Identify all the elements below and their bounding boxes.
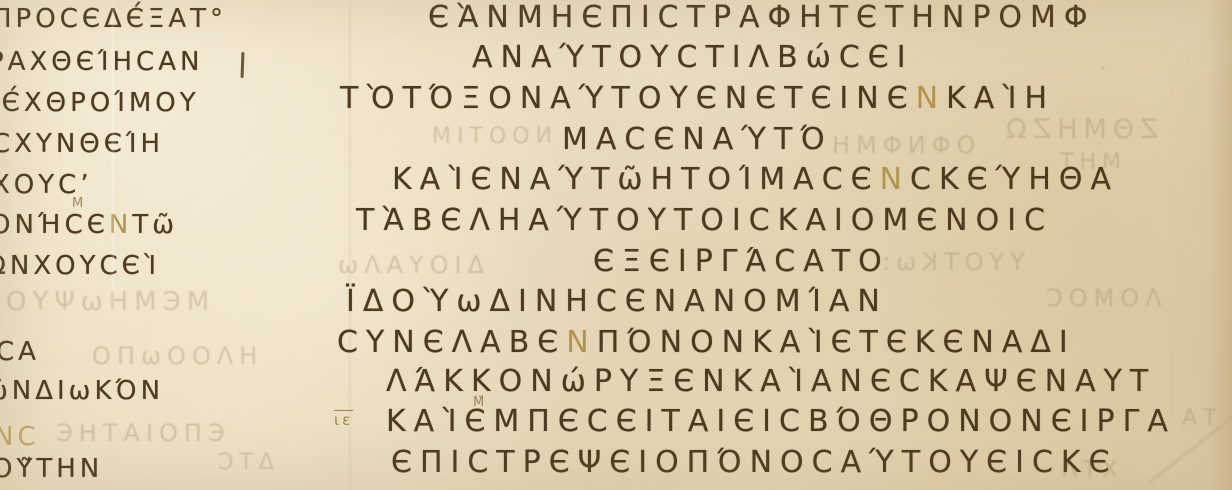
left-column-line: ΠΡΟϹЄΔЄ́ΞΑΤ° xyxy=(0,6,227,32)
text-segment: ΝϹ xyxy=(0,422,40,452)
right-column-line: ΚΑῚЄΜΠЄϹЄΙΤΑΙЄΙϹΒΌΘΡΟΝΟΝЄΙΡΓΑ xyxy=(386,407,1176,437)
right-column-line: ЄΠΙϹΤΡЄΨЄΙΟΠΌΝΟϹΑΎΤΟΥЄΙϹΚЄ xyxy=(391,448,1118,478)
bleed-through-text: ΖΘΜΗΖΩ xyxy=(1000,116,1158,143)
text-segment: Ν xyxy=(566,325,596,360)
text-segment: Τῶ xyxy=(132,210,178,240)
text-segment: ΚΑῚЄΜΠЄϹЄΙΤΑΙЄΙϹΒΌΘΡΟΝΟΝЄΙΡΓΑ xyxy=(386,404,1176,439)
text-segment: ΑΝΑΎΤΟΥϹΤΙΛΒώϹЄΙ xyxy=(472,40,914,75)
left-column-line: ῶΝΔΙωΚΌΝ xyxy=(0,378,164,404)
text-segment: ЄΞЄΙΡΓΆϹΑΤΟ xyxy=(593,244,890,279)
text-segment: ΩΝΧΟΥϹЄῚ xyxy=(0,251,160,281)
text-segment: ΚΑῚЄΝΑΎΤῶΗΤΟΊΜΑϹЄ xyxy=(392,162,880,197)
left-column-line: ΟΝΉϹЄΝΤῶ xyxy=(0,212,178,238)
right-column-line: ΑΝΑΎΤΟΥϹΤΙΛΒώϹЄΙ xyxy=(472,43,914,73)
left-column-line: ΙЄ́ΧΘΡΟΊΜΟΥ xyxy=(0,90,200,116)
text-segment: ϹΚЄΎΗΘΑ xyxy=(910,162,1119,197)
bleed-through-text: ΤΑ xyxy=(1176,408,1217,430)
bleed-through-text: ΟΦΝΦΜΗ xyxy=(826,133,975,157)
right-column-line: ΜΑϹЄΝΑΎΤΌ xyxy=(562,125,833,155)
text-segment: ΪΔΟῪωΔΙΝΗϹЄΝΑΝΟΜΊΑΝ xyxy=(346,284,888,319)
text-segment: ΟΝΉϹЄ xyxy=(0,210,109,240)
right-column-line: ΛΆΚΚΟΝώΡΥΞЄΝΚΑῚΑΝЄϹΚΑΨЄΝΑΥΤ xyxy=(386,367,1156,397)
text-segment: ΤᾺΒЄΛΗΑΎΤΟΥΤΟΙϹΚΑΙΟΜЄΝΟΙϹ xyxy=(356,203,1053,238)
text-segment: Ν xyxy=(109,210,132,240)
text-segment: ΠΌΝΟΝΚΑῚЄΤЄΚЄΝΑΔΙ xyxy=(597,325,1076,360)
text-segment: ϹΑ xyxy=(0,337,40,367)
text-segment: ΜΑϹЄΝΑΎΤΌ xyxy=(562,122,833,157)
interlinear-correction: Μ xyxy=(72,197,84,210)
bleed-through-text: ΛΟΜΟϹ xyxy=(1040,286,1162,310)
left-column-line: ϹΧΥΝΘЄΊΗ xyxy=(0,131,164,157)
text-segment: ΤῸΤΌΞΟΝΑΎΤΟΥЄΝЄΤЄΙΝЄ xyxy=(340,81,916,116)
text-segment: ΙЄ́ΧΘΡΟΊΜΟΥ xyxy=(0,88,200,118)
parchment-edge-shading xyxy=(1208,0,1232,490)
left-column-line: ϹΑ xyxy=(0,339,40,365)
bleed-through-text: ΥΥΟΤΚω: xyxy=(876,250,1025,274)
text-segment: ЄᾺΝΜΗЄΠΙϹΤΡΑΦΗΤЄΤΗΝΡΟΜΦ xyxy=(428,0,1096,35)
left-column-line: ΧΟΥϹ’ xyxy=(0,172,93,198)
left-column-line: ΩΝΧΟΥϹЄῚ xyxy=(0,253,160,279)
bleed-through-text: ΔΤϹ xyxy=(212,452,274,474)
text-segment: ϹΥΝЄΛΑΒЄ xyxy=(337,325,566,360)
left-column-line: ΡΑΧΘЄΊΗϹΑΝ xyxy=(0,49,203,75)
text-segment: ЄΠΙϹΤΡЄΨЄΙΟΠΌΝΟϹΑΎΤΟΥЄΙϹΚЄ xyxy=(391,445,1118,480)
left-column-line: ΝϹ xyxy=(0,424,40,450)
right-column-line: ΤᾺΒЄΛΗΑΎΤΟΥΤΟΙϹΚΑΙΟΜЄΝΟΙϹ xyxy=(356,206,1053,236)
bleed-through-text: ЄΠΟΙΑΤΗЄ xyxy=(50,421,225,445)
text-segment: ΛΆΚΚΟΝώΡΥΞЄΝΚΑῚΑΝЄϹΚΑΨЄΝΑΥΤ xyxy=(386,364,1156,399)
text-segment: ΟΥ̃ΤΗΝ xyxy=(0,454,103,484)
text-segment: ῶΝΔΙωΚΌΝ xyxy=(0,376,164,406)
right-column-line: ЄΞЄΙΡΓΆϹΑΤΟ xyxy=(593,247,890,277)
ink-stroke xyxy=(241,52,245,78)
text-segment: ΠΡΟϹЄΔЄ́ΞΑΤ° xyxy=(0,4,227,34)
text-segment: ϹΧΥΝΘЄΊΗ xyxy=(0,129,164,159)
bleed-through-text: · xyxy=(1094,58,1106,78)
right-column-line: ΤῸΤΌΞΟΝΑΎΤΟΥЄΝЄΤЄΙΝЄΝΚΑῚΗ xyxy=(340,84,1055,114)
right-column-line: ΪΔΟῪωΔΙΝΗϹЄΝΑΝΟΜΊΑΝ xyxy=(346,287,888,317)
bleed-through-text: ΔΙΟΥΑΛω xyxy=(332,253,484,277)
interlinear-correction: Μ̈ xyxy=(473,396,485,409)
right-column-line: ΚΑῚЄΝΑΎΤῶΗΤΟΊΜΑϹЄΝϹΚЄΎΗΘΑ xyxy=(392,165,1119,195)
marginal-section-number: ιε xyxy=(334,413,353,428)
text-segment: ΡΑΧΘЄΊΗϹΑΝ xyxy=(0,47,203,77)
right-column-line: ЄᾺΝΜΗЄΠΙϹΤΡΑΦΗΤЄΤΗΝΡΟΜΦ xyxy=(428,3,1096,33)
bleed-through-text: ΝΟΟΤΙΜ xyxy=(426,126,552,148)
bleed-through-text: ΗΛΟΟωΠΟ xyxy=(86,344,257,368)
left-column-line: ΟΥ̃ΤΗΝ xyxy=(0,456,103,482)
text-segment: Ν xyxy=(916,81,946,116)
text-segment: ΚΑῚΗ xyxy=(946,81,1055,116)
text-segment: Ν xyxy=(880,162,910,197)
bleed-through-text: ΜЄΜΗωΨΥΟ xyxy=(0,289,209,315)
right-column-line: ϹΥΝЄΛΑΒЄΝΠΌΝΟΝΚΑῚЄΤЄΚЄΝΑΔΙ xyxy=(337,328,1076,358)
manuscript-page: ΜЄΜΗωΨΥΟ ΗΛΟΟωΠΟ ЄΠΟΙΑΤΗЄ ΔΤϹ ΝΟΟΤΙΜ ΔΙΟ… xyxy=(0,0,1232,490)
